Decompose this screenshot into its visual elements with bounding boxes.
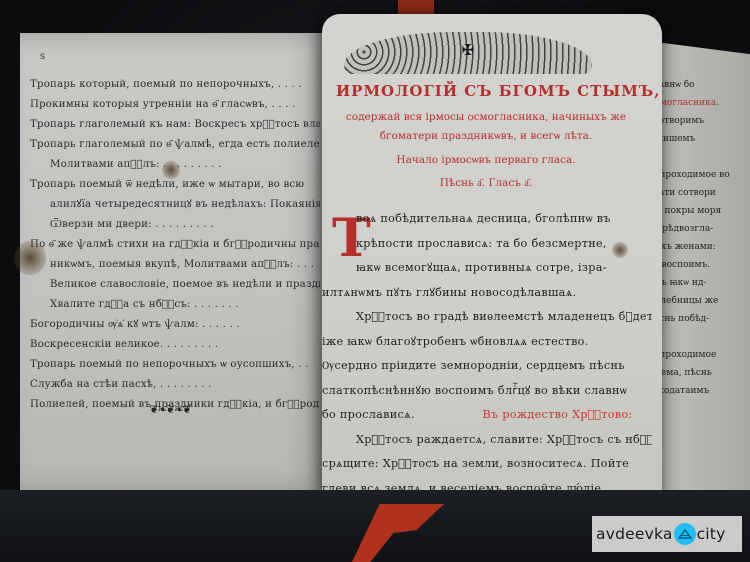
left-page: ѕ Тропарь который, поемый по непорочныхъ… (20, 33, 330, 493)
text-line: Тропарь глаголемый къ нам: Воскресъ хрⷭ҇… (30, 115, 320, 135)
water-stain (14, 241, 46, 275)
text-line: пѣснь побѣд- (648, 310, 748, 328)
text-line: Прокимны которыя утренніи на ѳ҃ гласѡвъ,… (30, 95, 320, 115)
text-line: изати сотвори (648, 184, 748, 202)
text-line: Ѿверзи ми двери: . . . . . . . . . (30, 215, 320, 235)
line-gap (648, 148, 748, 166)
text-line: непроходимое (648, 346, 748, 364)
watermark-text-left: avdeevka (596, 525, 673, 543)
photo-scene: ѕ Тропарь который, поемый по непорочныхъ… (0, 0, 750, 562)
middle-page: ✠ ИРМОЛОГІЙ СЪ БГОМЪ СТЫМЪ, содержай вся… (322, 14, 662, 499)
text-line: и пишемъ (648, 130, 748, 148)
watermark-text-right: city (697, 525, 726, 543)
text-line: По ѳ҃ же ѱалмѣ стихи на гдⷭ҇кіа и бгⷪ҇ро… (30, 235, 320, 255)
text-line: срѧщите: Хрⷭ҇тосъ на земли, возноситесѧ.… (322, 452, 652, 477)
text-line: Тропарь глаголемый по ѳ҃ ѱалмѣ, егда ест… (30, 135, 320, 155)
text-line: Воскресенскіи великое. . . . . . . . . (30, 335, 320, 355)
text-line: пыхъ женами: (648, 238, 748, 256)
rubric: Въ рождество Хрⷭ҇тово: (483, 408, 633, 421)
text-line: Богородичны ѹ҆ѧ҆ кꙋ ѡтъ ѱалм: . . . . . … (30, 315, 320, 335)
text-line: ꙗкѡ всемогꙋщаѧ, противныѧ сотре, ізра- (322, 256, 652, 281)
subtitle: Пѣснь а҃. Гласъ а҃. (326, 177, 646, 189)
text-line: Хрⷭ҇тосъ раждаетсѧ, славите: Хрⷭ҇тосъ съ… (322, 428, 652, 453)
tailpiece-ornament: ❦❧❦❧❦ (140, 403, 200, 417)
watermark: avdeevka city (592, 516, 742, 552)
text-line: воѧ побѣдительнаѧ десница, бголѣпнѡ въ (322, 207, 652, 232)
text-line: непроходимое во (648, 166, 748, 184)
text-line: Тропарь поемый по непорочныхъ ѡ оусопших… (30, 355, 320, 375)
subtitle: содержай вся ірмосы ѻсмогласника, начины… (326, 111, 646, 123)
middle-page-text: воѧ побѣдительнаѧ десница, бголѣпнѡ въ к… (322, 207, 652, 526)
subtitle: бгоматери праздникѡвъ, и всегѡ лѣта. (326, 130, 646, 142)
left-page-text: Тропарь который, поемый по непорочныхъ, … (30, 75, 320, 415)
cross-icon: ✠ (460, 42, 476, 58)
subtitle: Начало ірмосѡвъ перваго гласа. (326, 154, 646, 166)
text-line: никѡмъ, поемыя вкупѣ, Молитвами апⷭ҇лъ: … (30, 255, 320, 275)
text-line: ѹ ходатаимъ (648, 382, 748, 400)
left-folio: ѕ (40, 51, 45, 62)
water-stain (162, 161, 180, 179)
text-line: славнѡ бо (648, 76, 748, 94)
text-line: о прѣдвозгла- (648, 220, 748, 238)
text-line: илтѧнѡмъ пꙋть глꙋбины новосодѣлавшаѧ. (322, 281, 652, 306)
right-page-text: славнѡ бо Ѻсмогласника. · сотворимъ и пи… (648, 76, 748, 400)
text-line: имъ ꙗкѡ нд- (648, 274, 748, 292)
text-line: Хрⷭ҇тосъ во градѣ виѳлеемстѣ младенецъ б… (322, 305, 652, 330)
text-line: Хвалите гдⷭ҇а съ нбⷭ҇съ: . . . . . . . (30, 295, 320, 315)
text-line: гій покры моря (648, 202, 748, 220)
text-line: Служба на стѣи пасхѣ, . . . . . . . . (30, 375, 320, 395)
line-gap (648, 328, 748, 346)
text-line: іже ꙗкѡ благоꙋтробенъ ѡбновлѧѧ естество. (322, 330, 652, 355)
text-line: ги воспоимъ. (648, 256, 748, 274)
text-line: молебницы же (648, 292, 748, 310)
text-line: Ѹсердно пріидите земнородніи, сердцемъ п… (322, 354, 652, 379)
text-line: имема, пѣснь (648, 364, 748, 382)
rubric-line: Ѻсмогласника. (648, 94, 748, 112)
text-line: Тропарь который, поемый по непорочныхъ, … (30, 75, 320, 95)
text-line: · сотворимъ (648, 112, 748, 130)
page-title: ИРМОЛОГІЙ СЪ БГОМЪ СТЫМЪ, (336, 82, 646, 100)
text-line-with-rubric: бо прослависѧ. Въ рождество Хрⷭ҇тово: (322, 403, 652, 428)
text-line: алилꙋїа четыредесятницꙋ въ недѣлахъ: Пок… (30, 195, 320, 215)
text-line: Великое славословіе, поемое въ недѣли и … (30, 275, 320, 295)
text-line: слаткопѣснѣннꙋю воспоимъ блгⷭ҇цꙋ во вѣки… (322, 379, 652, 404)
mountain-globe-icon (674, 523, 696, 545)
water-stain (612, 242, 628, 258)
text-line: крѣпости прослависѧ: та бо безсмертне, (322, 232, 652, 257)
text-fragment: бо прослависѧ. (322, 408, 415, 421)
